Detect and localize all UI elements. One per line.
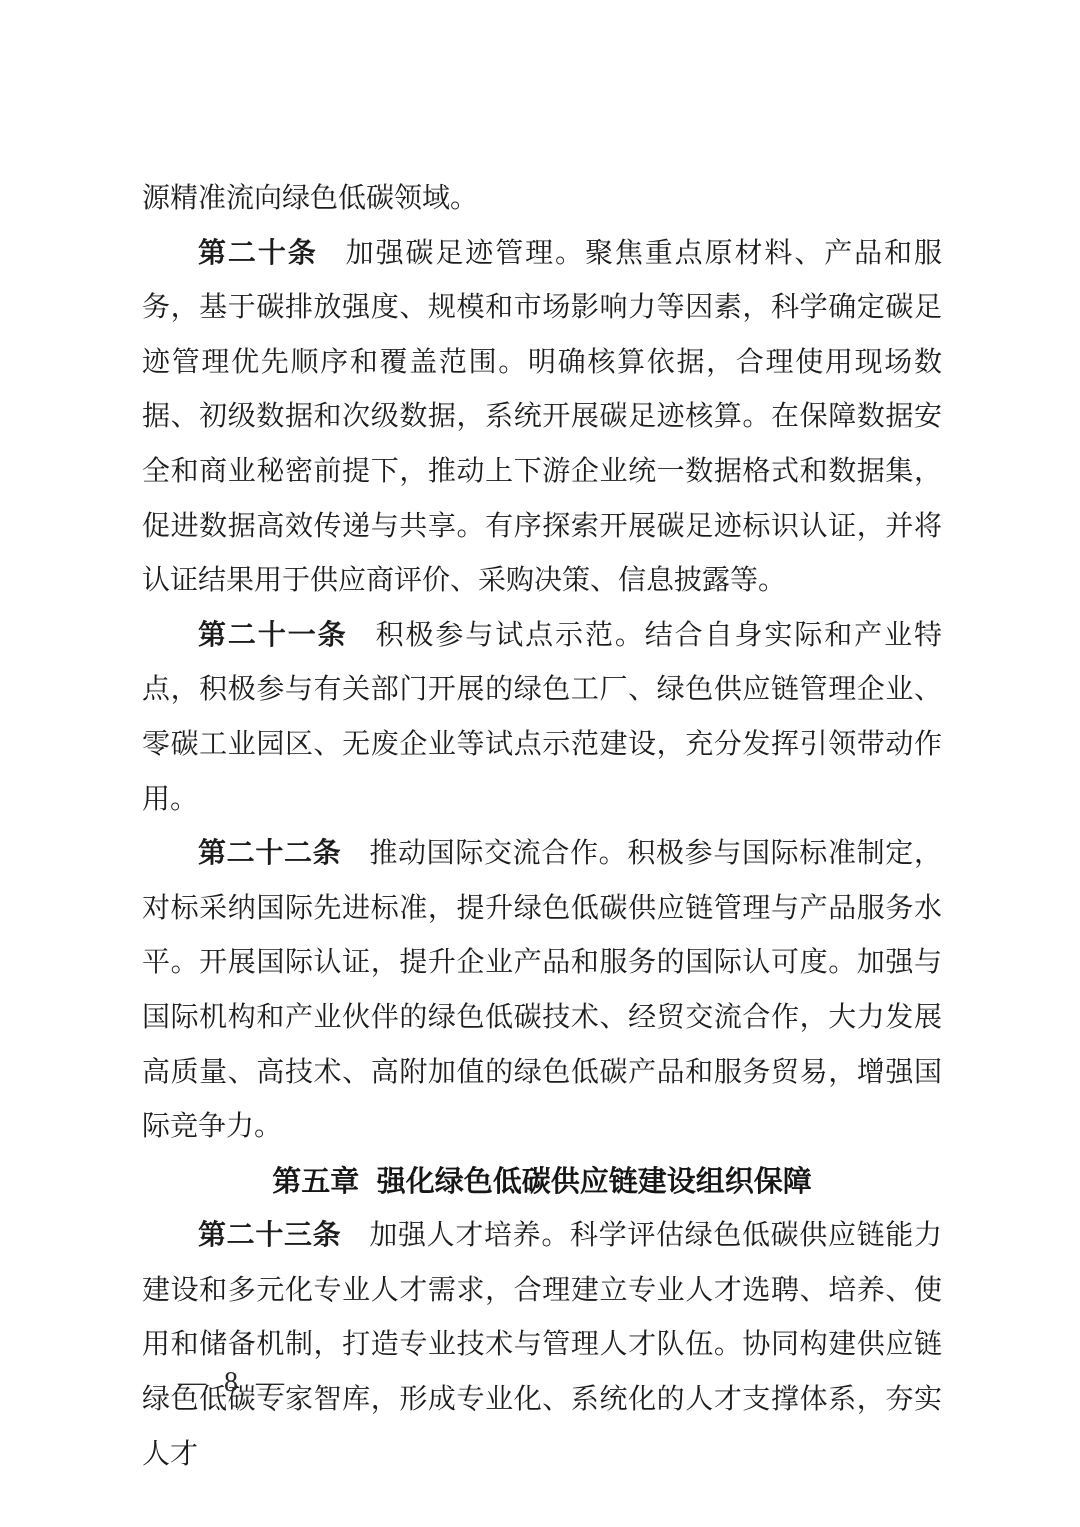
paragraph-text: 加强人才培养。科学评估绿色低碳供应链能力建设和多元化专业人才需求，合理建立专业人… [142, 1220, 942, 1469]
paragraph-text: 推动国际交流合作。积极参与国际标准制定，对标采纳国际先进标准，提升绿色低碳供应链… [142, 838, 942, 1142]
article-number: 第二十三条 [198, 1220, 341, 1251]
footer-dash-right: — [256, 1356, 284, 1410]
page-footer: — 8 — [178, 1356, 284, 1410]
paragraph: 第二十条加强碳足迹管理。聚焦重点原材料、产品和服务，基于碳排放强度、规模和市场影… [142, 227, 942, 609]
chapter-number: 第五章 [272, 1166, 359, 1198]
paragraph-text: 加强碳足迹管理。聚焦重点原材料、产品和服务，基于碳排放强度、规模和市场影响力等因… [142, 238, 942, 597]
paragraph-text: 源精准流向绿色低碳领域。 [142, 183, 478, 214]
paragraph: 第二十三条加强人才培养。科学评估绿色低碳供应链能力建设和多元化专业人才需求，合理… [142, 1209, 942, 1482]
article-number: 第二十条 [198, 238, 318, 269]
paragraph: 第二十一条积极参与试点示范。结合自身实际和产业特点，积极参与有关部门开展的绿色工… [142, 609, 942, 827]
document-page: 源精准流向绿色低碳领域。 第二十条加强碳足迹管理。聚焦重点原材料、产品和服务，基… [0, 0, 1080, 1527]
chapter-heading: 第五章强化绿色低碳供应链建设组织保障 [142, 1155, 942, 1210]
paragraph: 源精准流向绿色低碳领域。 [142, 172, 942, 227]
article-number: 第二十一条 [198, 620, 348, 651]
text-column: 源精准流向绿色低碳领域。 第二十条加强碳足迹管理。聚焦重点原材料、产品和服务，基… [142, 172, 942, 1482]
article-number: 第二十二条 [198, 838, 341, 869]
chapter-title: 强化绿色低碳供应链建设组织保障 [377, 1166, 812, 1198]
page-number: 8 [224, 1356, 238, 1410]
paragraph: 第二十二条推动国际交流合作。积极参与国际标准制定，对标采纳国际先进标准，提升绿色… [142, 827, 942, 1155]
footer-dash-left: — [178, 1356, 206, 1410]
